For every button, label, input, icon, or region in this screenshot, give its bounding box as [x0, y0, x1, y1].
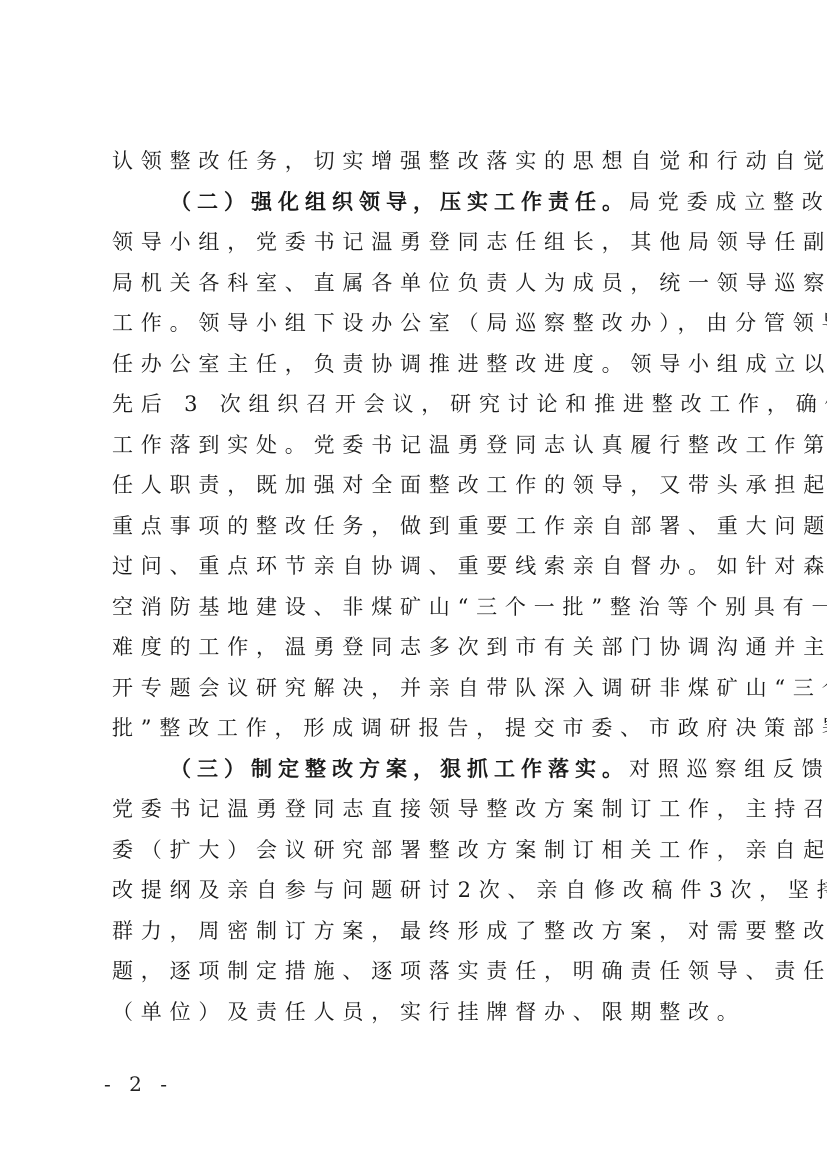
paragraph-line: 难度的工作，温勇登同志多次到市有关部门协调沟通并主持召 — [112, 627, 732, 668]
paragraph-line: （三）制定整改方案，狠抓工作落实。对照巡察组反馈意见， — [112, 749, 732, 790]
paragraph-line: 任办公室主任，负责协调推进整改进度。领导小组成立以来， — [112, 344, 732, 385]
paragraph-line: 开专题会议研究解决，并亲自带队深入调研非煤矿山“三个一 — [112, 668, 732, 709]
page-number: - 2 - — [104, 1072, 173, 1096]
paragraph-line: 改提纲及亲自参与问题研讨2次、亲自修改稿件3次，坚持群策 — [112, 870, 732, 911]
paragraph-line: 工作落到实处。党委书记温勇登同志认真履行整改工作第一责 — [112, 425, 732, 466]
document-body: 认领整改任务，切实增强整改落实的思想自觉和行动自觉。 （二）强化组织领导，压实工… — [112, 141, 732, 1032]
paragraph-line: （二）强化组织领导，压实工作责任。局党委成立整改工作 — [112, 182, 732, 223]
paragraph-line: 工作。领导小组下设办公室（局巡察整改办），由分管领导兼 — [112, 303, 732, 344]
paragraph-line: 任人职责，既加强对全面整改工作的领导，又带头承担起各类 — [112, 465, 732, 506]
paragraph-line: 群力，周密制订方案，最终形成了整改方案，对需要整改的问 — [112, 911, 732, 952]
paragraph-line: 党委书记温勇登同志直接领导整改方案制订工作，主持召开党 — [112, 789, 732, 830]
paragraph-line: 领导小组，党委书记温勇登同志任组长，其他局领导任副组长， — [112, 222, 732, 263]
section-heading: （三）制定整改方案，狠抓工作落实。 — [170, 756, 629, 781]
paragraph-line: 题，逐项制定措施、逐项落实责任，明确责任领导、责任科室 — [112, 951, 732, 992]
paragraph-line: 先后 3 次组织召开会议，研究讨论和推进整改工作，确保整改 — [112, 384, 732, 425]
paragraph-text: 局党委成立整改工作 — [629, 190, 827, 214]
paragraph-line: 批”整改工作，形成调研报告，提交市委、市政府决策部署。 — [112, 708, 732, 749]
paragraph-line: 认领整改任务，切实增强整改落实的思想自觉和行动自觉。 — [112, 141, 732, 182]
paragraph-line: 过问、重点环节亲自协调、重要线索亲自督办。如针对森林航 — [112, 546, 732, 587]
paragraph-line: 委（扩大）会议研究部署整改方案制订相关工作，亲自起草整 — [112, 830, 732, 871]
paragraph-line: 重点事项的整改任务，做到重要工作亲自部署、重大问题亲自 — [112, 506, 732, 547]
document-page: 认领整改任务，切实增强整改落实的思想自觉和行动自觉。 （二）强化组织领导，压实工… — [0, 0, 827, 1170]
section-heading: （二）强化组织领导，压实工作责任。 — [170, 189, 629, 214]
paragraph-line: （单位）及责任人员，实行挂牌督办、限期整改。 — [112, 992, 732, 1033]
paragraph-line: 空消防基地建设、非煤矿山“三个一批”整治等个别具有一定 — [112, 587, 732, 628]
paragraph-text: 对照巡察组反馈意见， — [629, 757, 827, 781]
paragraph-line: 局机关各科室、直属各单位负责人为成员，统一领导巡察整改 — [112, 263, 732, 304]
